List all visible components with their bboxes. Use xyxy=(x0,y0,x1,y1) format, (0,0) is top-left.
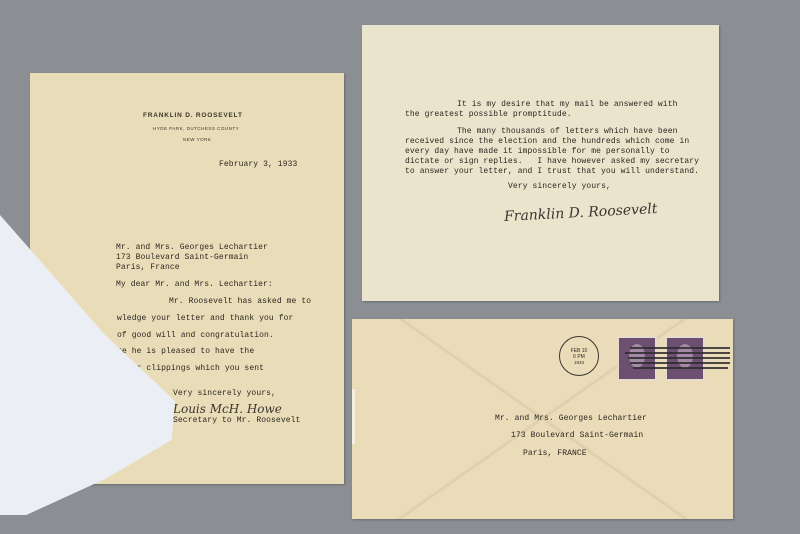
body-line-2: wledge your letter and thank you for xyxy=(117,314,293,324)
letter-closing: Very sincerely yours, xyxy=(173,389,276,399)
card-para2-line1: The many thousands of letters which have… xyxy=(457,127,678,137)
recipient-line-1: Mr. and Mrs. Georges Lechartier xyxy=(116,243,268,253)
card-para2-line2: received since the election and the hund… xyxy=(405,137,689,147)
cancellation-line xyxy=(630,347,730,349)
card-para2-line5: to answer your letter, and I trust that … xyxy=(405,167,699,177)
signer-title: Secretary to Mr. Roosevelt xyxy=(173,416,300,426)
cancellation-line xyxy=(628,357,730,359)
secretary-signature: Louis McH. Howe xyxy=(173,402,282,416)
card-para1-line2: the greatest possible promptitude. xyxy=(405,110,572,120)
postmark-year: 1933 xyxy=(560,360,598,366)
postmark-icon: FEB 10 6 PM 1933 xyxy=(559,336,599,376)
cancellation-line xyxy=(633,367,728,369)
letterhead-address: HYDE PARK, DUTCHESS COUNTY xyxy=(153,124,239,134)
envelope-address-line-2: 173 Boulevard Saint-Germain xyxy=(511,431,643,441)
letterhead-state: NEW YORK xyxy=(183,135,211,145)
fdr-signature: Franklin D. Roosevelt xyxy=(504,201,658,225)
recipient-line-3: Paris, France xyxy=(116,263,180,273)
letter-date: February 3, 1933 xyxy=(219,160,297,170)
envelope-address-line-3: Paris, FRANCE xyxy=(523,449,587,459)
envelope-torn-edge xyxy=(352,389,355,444)
body-line-3: of good will and congratulation. xyxy=(117,331,274,341)
body-line-1: Mr. Roosevelt has asked me to xyxy=(169,297,311,307)
cancellation-line xyxy=(630,362,730,364)
stamp-washington-icon xyxy=(665,336,705,381)
salutation: My dear Mr. and Mrs. Lechartier: xyxy=(116,280,273,290)
card-para1-line1: It is my desire that my mail be answered… xyxy=(457,100,678,110)
fdr-printed-note: It is my desire that my mail be answered… xyxy=(362,25,719,301)
body-line-4: re he is pleased to have the xyxy=(117,347,254,357)
card-para2-line3: every day have made it impossible for me… xyxy=(405,147,670,157)
letterhead-name: FRANKLIN D. ROOSEVELT xyxy=(143,111,243,121)
recipient-line-2: 173 Boulevard Saint-Germain xyxy=(116,253,248,263)
envelope-address-line-1: Mr. and Mrs. Georges Lechartier xyxy=(495,414,647,424)
card-closing: Very sincerely yours, xyxy=(508,182,611,192)
cancellation-line xyxy=(625,352,730,354)
card-para2-line4: dictate or sign replies. I have however … xyxy=(405,157,699,167)
stamp-washington-icon xyxy=(617,336,657,381)
